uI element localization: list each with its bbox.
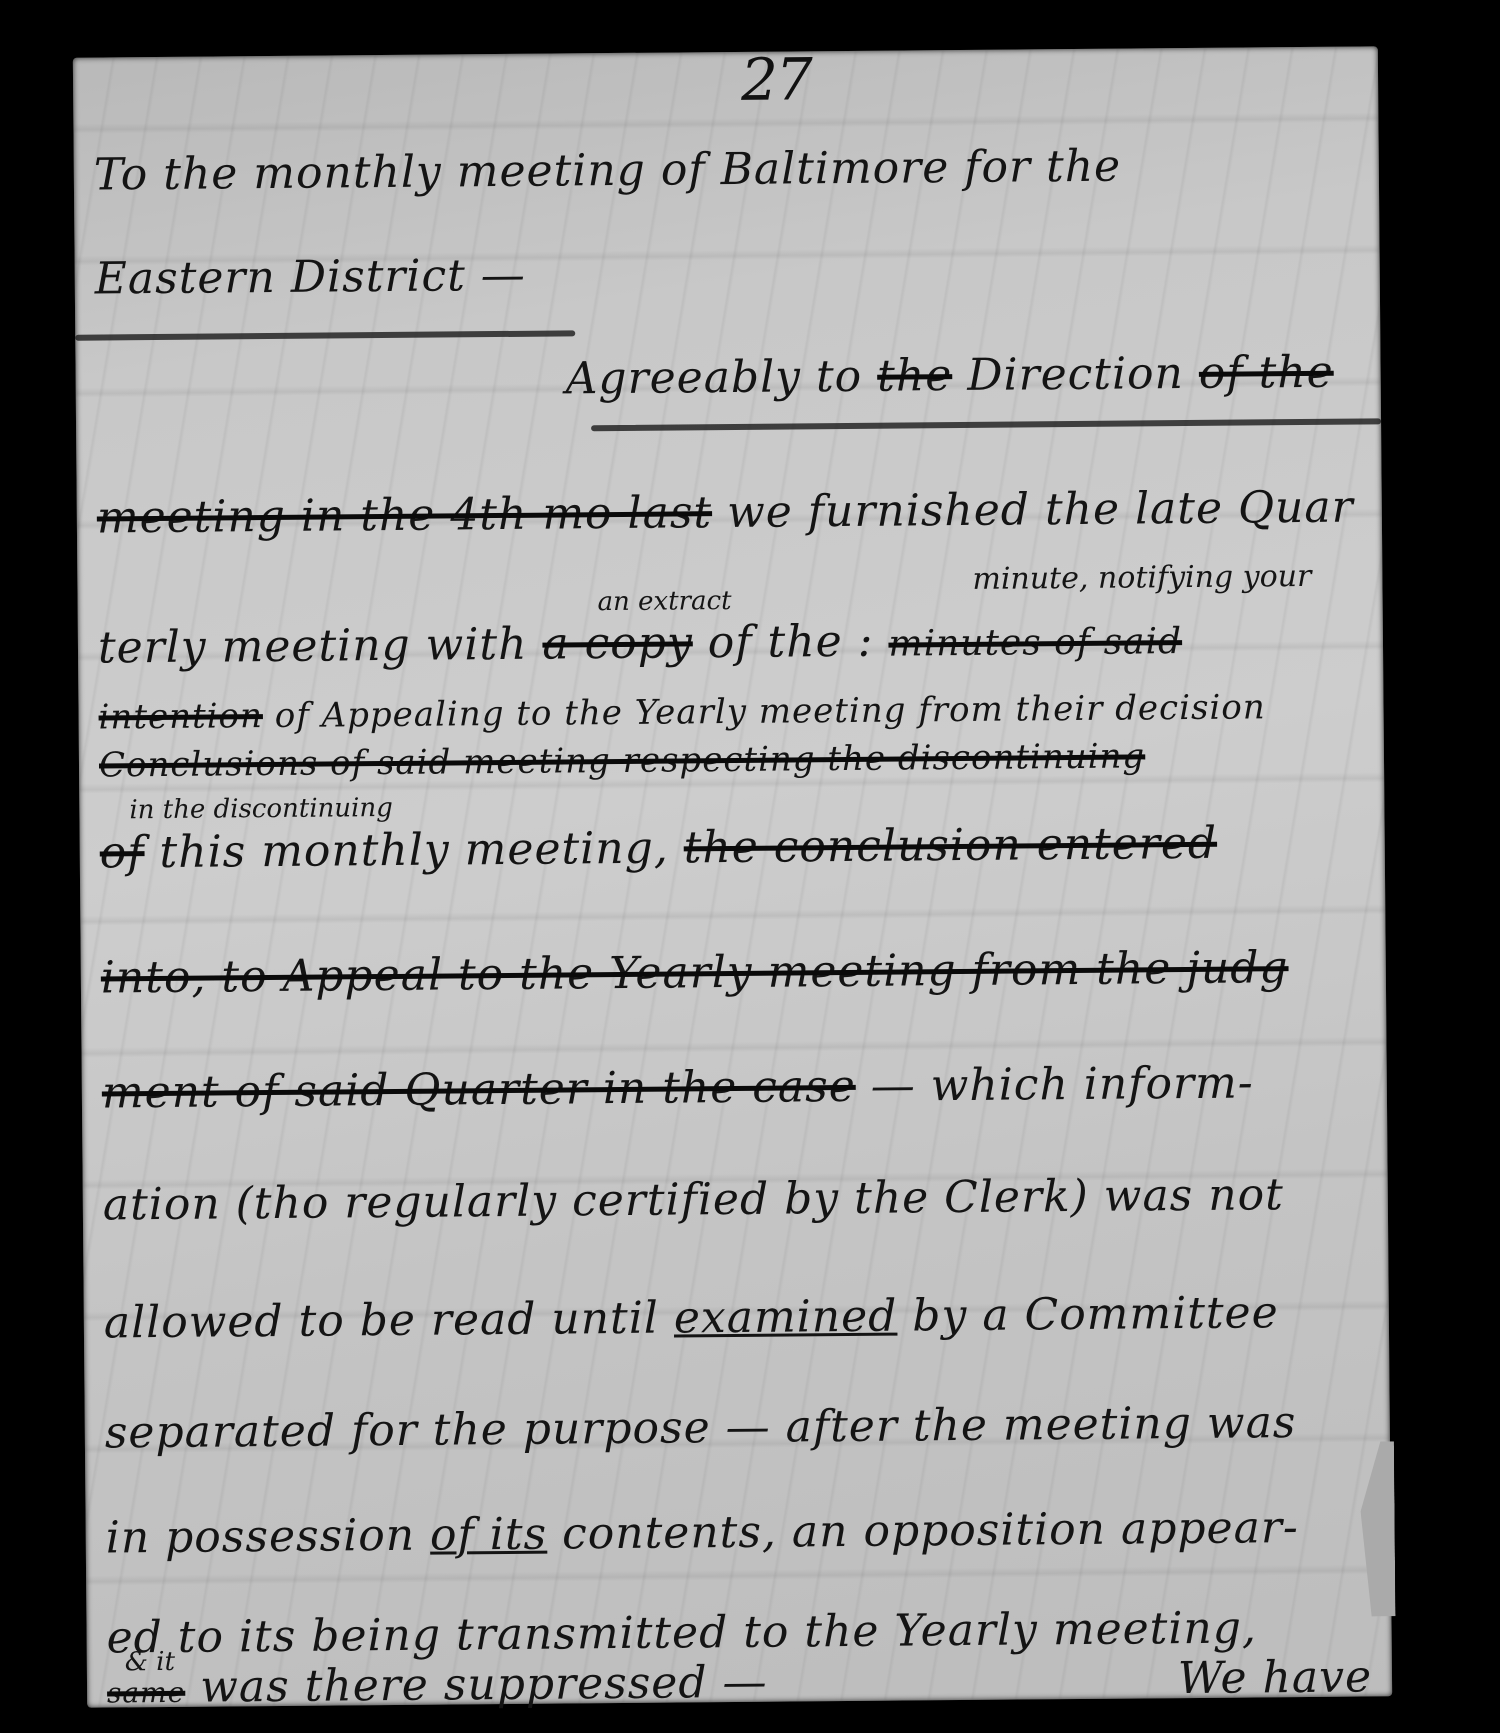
text: in possession [106,1510,416,1564]
line-3: Agreeably to the Direction of the [95,347,1360,409]
interlinear-insertion: an extract [597,586,731,617]
text: this monthly meeting, [159,823,669,878]
struck-text: meeting in the 4th mo last [97,487,713,543]
strike-rule [75,330,575,340]
struck-text: intention [98,696,263,737]
line-4: meeting in the 4th mo last we furnished … [97,481,1362,543]
struck-text: a copy [542,617,693,669]
underlined-text: of its [430,1509,548,1561]
manuscript-page: 27 To the monthly meeting of Baltimore f… [73,46,1392,1707]
struck-text: same [107,1676,185,1710]
struck-text: the [877,350,953,402]
line-11: ment of said Quarter in the case — which… [102,1056,1367,1118]
text: of the : [708,616,874,668]
strike-rule [591,418,1381,431]
interlinear-insertion-right: minute, notifying your [972,559,1311,597]
line-6: intention of Appealing to the Yearly mee… [98,686,1363,737]
line-9: of this monthly meeting, the conclusion … [100,816,1365,878]
text: we furnished the late Quar [727,482,1354,538]
line-17-left: same was there suppressed — [107,1657,768,1714]
text: terly meeting with [98,619,528,674]
text: of Appealing to the Yearly meeting from … [275,687,1266,736]
text: — which inform- [871,1057,1254,1111]
text: by a Committee [912,1287,1279,1341]
struck-text: the conclusion entered [684,818,1218,874]
catchword: We have [1178,1651,1373,1704]
line-1-salutation: To the monthly meeting of Baltimore for … [94,139,1359,201]
text: contents, an opposition appear- [562,1502,1299,1559]
line-10-struck: into, to Appeal to the Yearly meeting fr… [101,941,1366,1003]
line-15: in possession of its contents, an opposi… [106,1501,1371,1563]
interlinear-insertion: in the discontinuing [129,793,393,825]
line-7-struck: Conclusions of said meeting respecting t… [99,734,1364,785]
struck-text: of [100,827,145,878]
struck-text: of the [1199,347,1334,399]
page-number: 27 [741,45,811,114]
text: allowed to be read until [104,1293,659,1349]
line-12: ation (tho regularly certified by the Cl… [103,1168,1368,1230]
text: was there suppressed — [200,1657,768,1713]
underlined-text: examined [674,1291,898,1344]
line-14: separated for the purpose — after the me… [105,1396,1370,1458]
struck-text: minutes of said [888,621,1182,665]
line-13: allowed to be read until examined by a C… [104,1286,1369,1348]
line-17: same was there suppressed — We have [107,1651,1372,1713]
text: Agreeably to [565,351,862,405]
line-5: terly meeting with a copy of the : minut… [98,611,1363,673]
text: Direction [967,348,1184,401]
line-2-district: Eastern District — [95,243,1360,305]
struck-text: ment of said Quarter in the case [102,1061,856,1119]
